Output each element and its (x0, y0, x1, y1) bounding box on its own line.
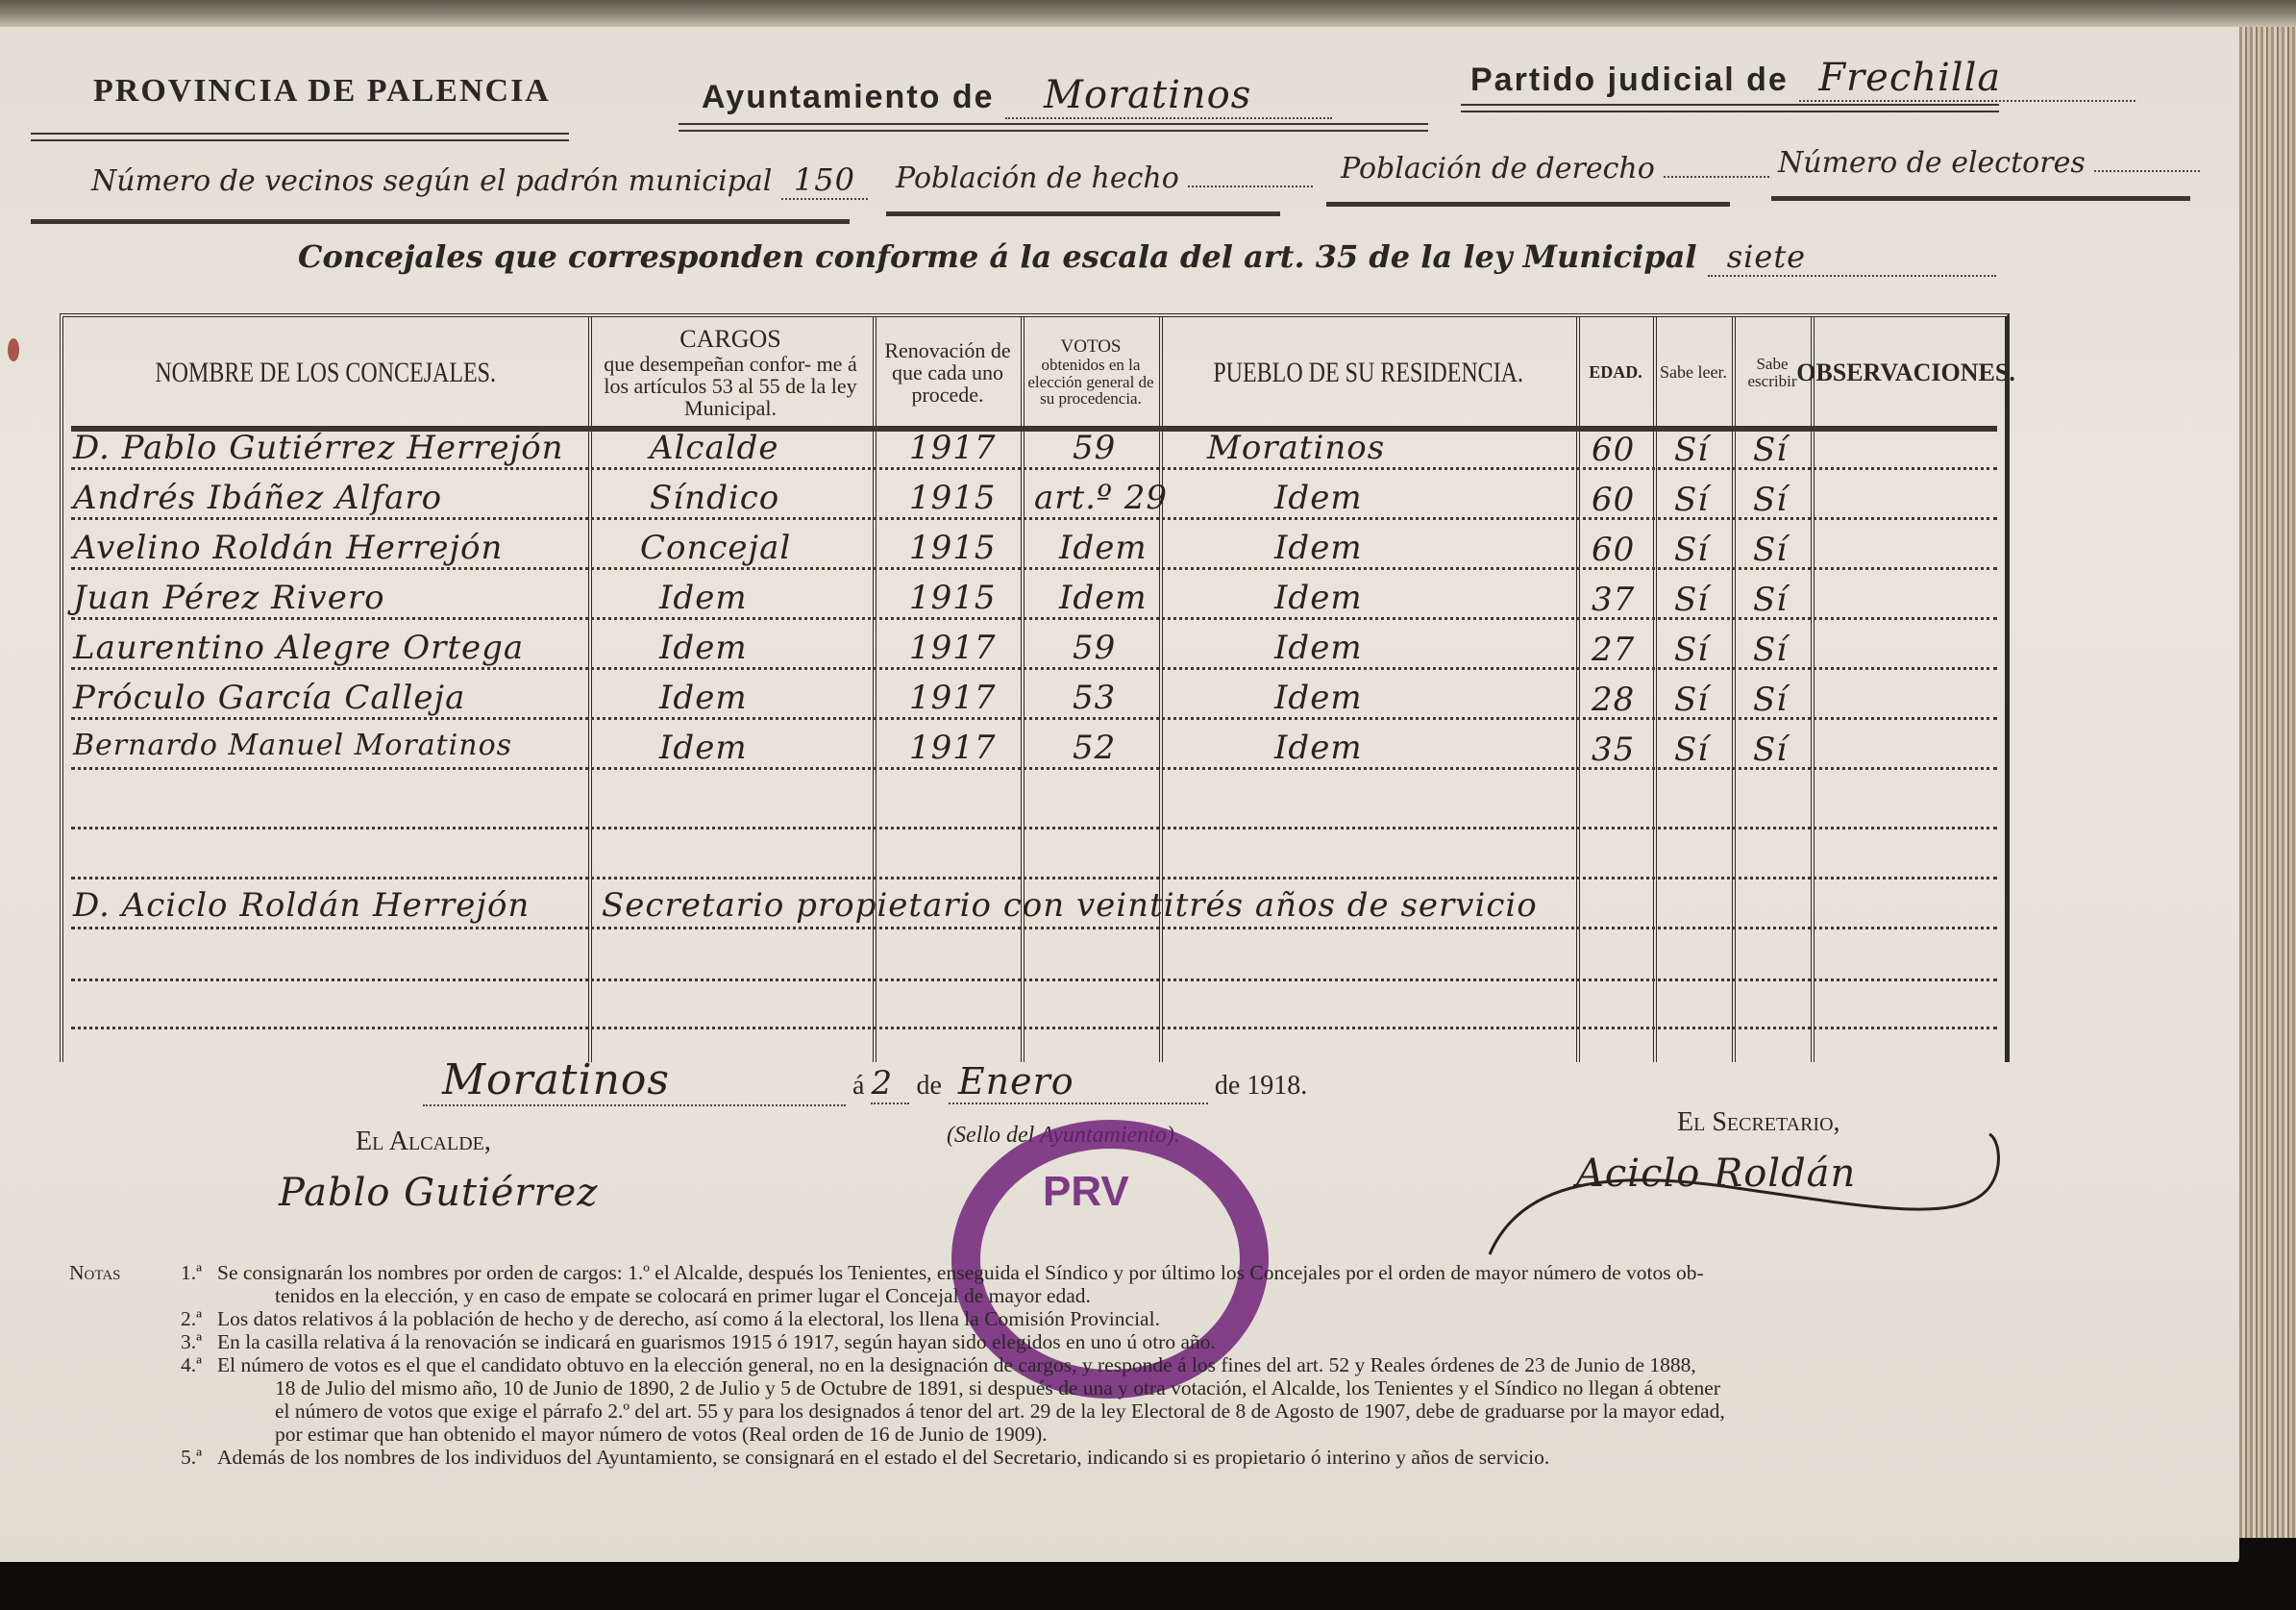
de-label: de (916, 1071, 941, 1101)
cell-votos: 59 (1073, 429, 1116, 467)
ayuntamiento-value: Moratinos (1005, 73, 1332, 119)
cell-nombre: Juan Pérez Rivero (73, 579, 385, 617)
cell-cargo: Concejal (640, 529, 791, 567)
month-value: Enero (949, 1060, 1208, 1104)
partido-rule (1461, 104, 1999, 112)
cell-renovacion: 1915 (909, 479, 997, 517)
header-renovacion: Renovación de que cada uno procede. (876, 317, 1019, 428)
note-text-cont: por estimar que han obtenido el mayor nú… (69, 1423, 2049, 1446)
cell-leer: Sí (1674, 531, 1709, 569)
cell-secretario-texto: Secretario propietario con veintitrés añ… (602, 886, 1538, 925)
cell-escribir: Sí (1753, 481, 1788, 519)
cell-nombre: Próculo García Calleja (73, 679, 465, 717)
cell-cargo: Idem (659, 629, 748, 667)
header-sabe-leer: Sabe leer. (1657, 317, 1730, 428)
cell-nombre: Laurentino Alegre Ortega (73, 629, 524, 667)
electores-label: Número de electores (1778, 146, 2086, 180)
concejales-field: Concejales que corresponden conforme á l… (298, 238, 1996, 277)
note-number: 1.ª (142, 1261, 217, 1284)
concejales-value: siete (1708, 238, 1996, 277)
header-nombre: NOMBRE DE LOS CONCEJALES. (63, 317, 588, 428)
top-page-fold (0, 0, 2296, 27)
note-text-cont: el número de votos que exige el párrafo … (69, 1399, 2049, 1423)
electores-field: Número de electores (1778, 146, 2200, 180)
header-edad-text: EDAD. (1589, 363, 1642, 382)
cell-cargo: Idem (659, 679, 748, 717)
day-value: 2 (871, 1064, 909, 1104)
cell-leer: Sí (1674, 481, 1709, 519)
cell-edad: 27 (1592, 631, 1635, 669)
row-line (71, 827, 1997, 830)
cell-votos: art.º 29 (1034, 479, 1168, 517)
note-item: Notas 1.ª Se consignarán los nombres por… (69, 1261, 2049, 1284)
hecho-label: Población de hecho (896, 161, 1179, 195)
vecinos-rule (31, 219, 850, 224)
header-sabe-leer-text: Sabe leer. (1660, 363, 1727, 382)
vecinos-field: Número de vecinos según el padrón munici… (91, 161, 868, 200)
cell-renovacion: 1917 (909, 429, 997, 467)
derecho-field: Población de derecho (1341, 152, 1769, 186)
note-text-cont: tenidos en la elección, y en caso de emp… (69, 1284, 2049, 1307)
cell-escribir: Sí (1753, 581, 1788, 619)
ayuntamiento-field: Ayuntamiento de Moratinos (702, 73, 1332, 119)
cell-renovacion: 1915 (909, 579, 997, 617)
cell-escribir: Sí (1753, 531, 1788, 569)
note-text: El número de votos es el que el candidat… (217, 1353, 2049, 1376)
row-line (71, 877, 1997, 879)
header-nombre-text: NOMBRE DE LOS CONCEJALES. (156, 358, 497, 388)
cell-renovacion: 1917 (909, 629, 997, 667)
province-rule (31, 133, 569, 141)
row-line (71, 927, 1997, 929)
note-number: 2.ª (142, 1307, 217, 1330)
bottom-background (0, 1562, 2296, 1610)
cell-pueblo: Idem (1274, 529, 1363, 567)
partido-field: Partido judicial de Frechilla (1470, 56, 2136, 102)
header-votos: VOTOS obtenidos en la elección general d… (1025, 317, 1157, 428)
derecho-value (1664, 176, 1769, 178)
cell-escribir: Sí (1753, 681, 1788, 719)
year-label: de 1918. (1215, 1071, 1307, 1101)
derecho-label: Población de derecho (1341, 152, 1655, 186)
ayuntamiento-rule (679, 123, 1428, 132)
concejales-table: NOMBRE DE LOS CONCEJALES. CARGOS que des… (60, 313, 2010, 1062)
note-text: En la casilla relativa á la renovación s… (217, 1330, 2049, 1353)
cell-edad: 60 (1592, 531, 1635, 569)
signature-flourish-icon (1480, 1129, 2037, 1264)
header-cargos: CARGOS que desempeñan confor- me á los a… (590, 317, 871, 428)
vecinos-value: 150 (781, 161, 868, 200)
cell-nombre: Avelino Roldán Herrejón (73, 529, 503, 567)
cell-leer: Sí (1674, 731, 1709, 769)
partido-label: Partido judicial de (1470, 62, 1789, 98)
cell-nombre: Andrés Ibáñez Alfaro (73, 479, 442, 517)
note-number: 5.ª (142, 1446, 217, 1469)
header-edad: EDAD. (1580, 317, 1651, 428)
header-votos-title: VOTOS (1061, 337, 1122, 357)
cell-votos: 53 (1073, 679, 1116, 717)
note-text: Se consignarán los nombres por orden de … (217, 1261, 2049, 1284)
cell-edad: 60 (1592, 481, 1635, 519)
note-text-cont: 18 de Julio del mismo año, 10 de Junio d… (69, 1376, 2049, 1399)
cell-edad: 28 (1592, 681, 1635, 719)
note-text: Los datos relativos á la población de he… (217, 1307, 2049, 1330)
hecho-value (1188, 186, 1313, 187)
note-number: 4.ª (142, 1353, 217, 1376)
header-votos-sub: obtenidos en la elección general de su p… (1025, 357, 1157, 409)
cell-pueblo: Idem (1274, 579, 1363, 617)
ayuntamiento-label: Ayuntamiento de (702, 79, 995, 115)
note-item: 4.ª El número de votos es el que el cand… (69, 1353, 2049, 1376)
cell-pueblo: Moratinos (1207, 429, 1385, 467)
notes-section: Notas 1.ª Se consignarán los nombres por… (69, 1261, 2049, 1469)
header-cargos-title: CARGOS (679, 326, 780, 352)
cell-cargo: Idem (659, 729, 748, 767)
cell-edad: 37 (1592, 581, 1635, 619)
cell-nombre: Bernardo Manuel Moratinos (73, 729, 512, 762)
book-page-edges (2239, 0, 2296, 1538)
electores-value (2094, 170, 2200, 172)
header-pueblo: PUEBLO DE SU RESIDENCIA. (1163, 317, 1574, 428)
header-observaciones-text: OBSERVACIONES. (1796, 359, 2015, 385)
place-value: Moratinos (423, 1055, 846, 1106)
stamp-text: PRV (1043, 1168, 1129, 1216)
hecho-field: Población de hecho (896, 161, 1313, 195)
row-line (71, 978, 1997, 981)
margin-stain (8, 338, 19, 361)
cell-pueblo: Idem (1274, 679, 1363, 717)
cell-cargo: Síndico (650, 479, 779, 517)
cell-leer: Sí (1674, 581, 1709, 619)
cell-leer: Sí (1674, 681, 1709, 719)
cell-votos: 59 (1073, 629, 1116, 667)
cell-escribir: Sí (1753, 431, 1788, 469)
concejales-label: Concejales que corresponden conforme á l… (298, 238, 1697, 275)
header-observaciones: OBSERVACIONES. (1815, 317, 1997, 428)
header-renovacion-text: Renovación de que cada uno procede. (876, 339, 1019, 406)
cell-cargo: Alcalde (650, 429, 779, 467)
hecho-rule (886, 211, 1280, 216)
alcalde-label: El Alcalde, (356, 1127, 491, 1157)
note-text: Además de los nombres de los individuos … (217, 1446, 2049, 1469)
province-title: PROVINCIA DE PALENCIA (93, 73, 551, 110)
cell-renovacion: 1917 (909, 729, 997, 767)
cell-cargo: Idem (659, 579, 748, 617)
note-item: 2.ª Los datos relativos á la población d… (69, 1307, 2049, 1330)
cell-leer: Sí (1674, 431, 1709, 469)
cell-renovacion: 1915 (909, 529, 997, 567)
cell-leer: Sí (1674, 631, 1709, 669)
cell-pueblo: Idem (1274, 629, 1363, 667)
note-item: 5.ª Además de los nombres de los individ… (69, 1446, 2049, 1469)
cell-votos: 52 (1073, 729, 1116, 767)
row-line (71, 1027, 1997, 1029)
alcalde-signature: Pablo Gutiérrez (279, 1171, 598, 1215)
partido-value: Frechilla (1799, 56, 2136, 102)
cell-escribir: Sí (1753, 631, 1788, 669)
electores-rule (1771, 196, 2190, 201)
cell-secretario-nombre: D. Aciclo Roldán Herrejón (73, 886, 530, 925)
header-cargos-sub: que desempeñan confor- me á los artículo… (590, 353, 871, 419)
note-number: 3.ª (142, 1330, 217, 1353)
date-line: Moratinos á 2 de Enero de 1918. (423, 1055, 1307, 1106)
notes-tag: Notas (69, 1261, 142, 1284)
cell-pueblo: Idem (1274, 479, 1363, 517)
derecho-rule (1326, 202, 1730, 207)
a-label: á (852, 1071, 864, 1101)
cell-votos: Idem (1059, 579, 1148, 617)
cell-pueblo: Idem (1274, 729, 1363, 767)
vecinos-label: Número de vecinos según el padrón munici… (91, 164, 772, 198)
cell-votos: Idem (1059, 529, 1148, 567)
cell-edad: 35 (1592, 731, 1635, 769)
header-pueblo-text: PUEBLO DE SU RESIDENCIA. (1214, 358, 1524, 388)
note-item: 3.ª En la casilla relativa á la renovaci… (69, 1330, 2049, 1353)
cell-renovacion: 1917 (909, 679, 997, 717)
cell-edad: 60 (1592, 431, 1635, 469)
cell-escribir: Sí (1753, 731, 1788, 769)
cell-nombre: D. Pablo Gutiérrez Herrejón (73, 429, 564, 467)
